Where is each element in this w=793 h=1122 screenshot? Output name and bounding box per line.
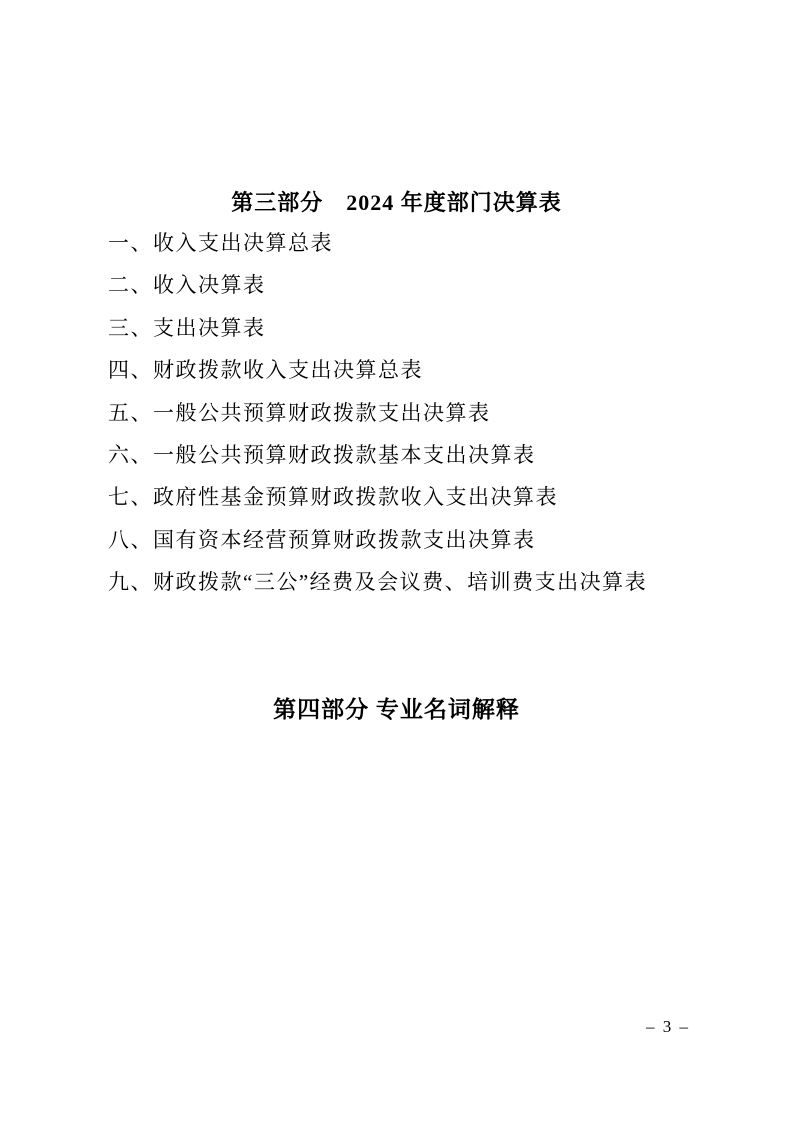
list-item-1: 一、收入支出决算总表 bbox=[108, 222, 647, 264]
list-item-4: 四、财政拨款收入支出决算总表 bbox=[108, 349, 647, 391]
list-item-3: 三、支出决算表 bbox=[108, 307, 647, 349]
list-item-8: 八、国有资本经营预算财政拨款支出决算表 bbox=[108, 519, 647, 561]
page-number: – 3 – bbox=[633, 1017, 703, 1037]
document-page: 第三部分 2024 年度部门决算表 一、收入支出决算总表 二、收入决算表 三、支… bbox=[0, 0, 793, 1122]
list-item-9: 九、财政拨款“三公”经费及会议费、培训费支出决算表 bbox=[108, 561, 647, 603]
statement-table-list: 一、收入支出决算总表 二、收入决算表 三、支出决算表 四、财政拨款收入支出决算总… bbox=[108, 222, 647, 604]
section4-heading: 第四部分 专业名词解释 bbox=[0, 691, 793, 724]
list-item-2: 二、收入决算表 bbox=[108, 264, 647, 306]
list-item-6: 六、一般公共预算财政拨款基本支出决算表 bbox=[108, 434, 647, 476]
section3-heading: 第三部分 2024 年度部门决算表 bbox=[0, 186, 793, 217]
list-item-5: 五、一般公共预算财政拨款支出决算表 bbox=[108, 392, 647, 434]
list-item-7: 七、政府性基金预算财政拨款收入支出决算表 bbox=[108, 476, 647, 518]
